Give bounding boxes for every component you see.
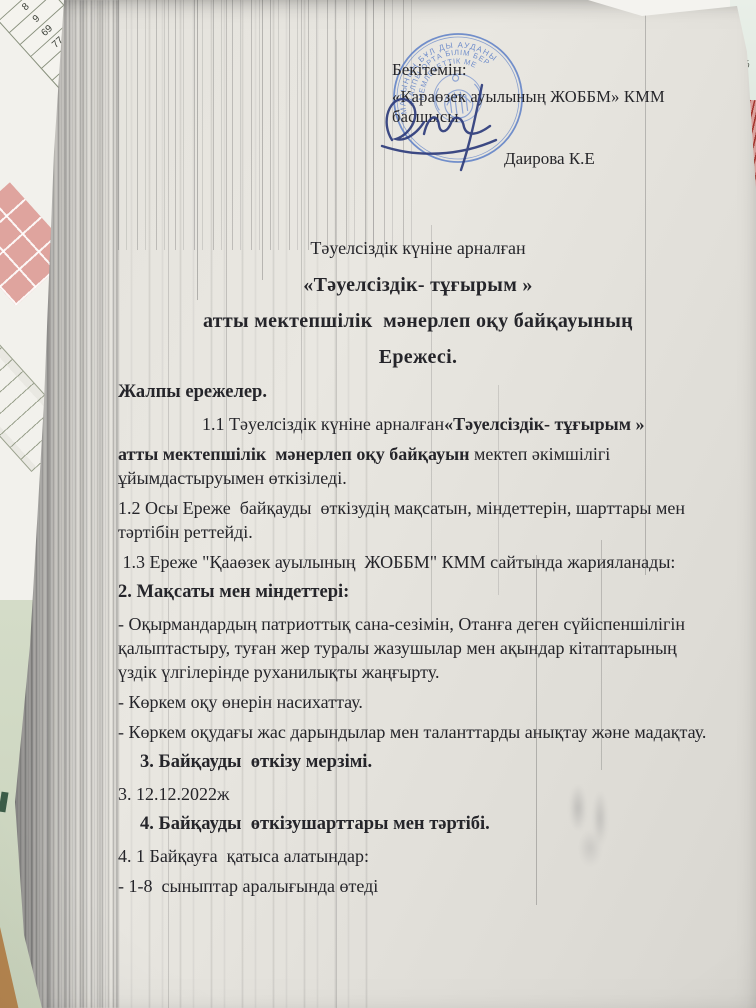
text-segment: Тәуелсіздік күніне арналған (310, 238, 525, 258)
approval-label: Бекітемін: (392, 60, 722, 80)
text-segment: - Көркем оқу өнерін насихаттау. (118, 692, 363, 712)
text-segment: 1.1 Тәуелсіздік күніне арналған (202, 414, 444, 434)
text-segment: «Тәуелсіздік- тұғырым » (444, 414, 644, 434)
paragraph: - Көркем оқудағы жас дарындылар мен тала… (118, 720, 718, 744)
signer-name: Даирова К.Е (504, 149, 722, 169)
paragraph: - 1-8 сыныптар аралығында өтеді (118, 874, 718, 898)
paragraph: Ережесі. (118, 344, 718, 370)
text-segment: атты мектепшілік мәнерлеп оқу байқауын (118, 444, 470, 464)
text-segment: 1.2 Осы Ереже байқауды өткізудің мақсаты… (118, 498, 690, 542)
text-segment: 3. 12.12.2022ж (118, 784, 229, 804)
text-segment: - 1-8 сыныптар аралығында өтеді (118, 876, 378, 896)
text-segment: . (262, 382, 267, 402)
paragraph: Жалпы ережелер. (118, 380, 718, 404)
paragraph: Тәуелсіздік күніне арналған (118, 236, 718, 260)
text-segment: - Көркем оқудағы жас дарындылар мен тала… (118, 722, 706, 742)
paragraph: «Тәуелсіздік- тұғырым » (118, 272, 718, 298)
text-segment: «Тәуелсіздік- тұғырым » (303, 274, 532, 296)
paragraph: 1.3 Ереже "Қааөзек ауылының ЖОББМ" КММ с… (118, 550, 718, 574)
paragraph: атты мектепшілік мәнерлеп оқу байқауын м… (118, 442, 718, 490)
paragraph: - Оқырмандардың патриоттық сана-сезімін,… (118, 612, 718, 684)
paragraph: 1.1 Тәуелсіздік күніне арналған«Тәуелсіз… (118, 412, 718, 436)
paragraph: 3. 12.12.2022ж (118, 782, 718, 806)
text-segment: - Оқырмандардың патриоттық сана-сезімін,… (118, 614, 690, 682)
text-segment: атты мектепшілік мәнерлеп оқу байқауының (203, 310, 633, 332)
text-segment: 2. Мақсаты мен міндеттері: (118, 582, 349, 602)
photo-of-document: { "approval": { "label": "Бекітемін:", "… (0, 0, 756, 1008)
text-segment: 1.3 Ереже "Қааөзек ауылының ЖОББМ" КММ с… (118, 552, 675, 572)
paragraph: 1.2 Осы Ереже байқауды өткізудің мақсаты… (118, 496, 718, 544)
text-segment: 4. Байқауды өткізушарттары мен тәртібі. (140, 814, 490, 834)
signature (376, 82, 536, 174)
paragraph: 4. Байқауды өткізушарттары мен тәртібі. (118, 812, 718, 836)
paragraph: атты мектепшілік мәнерлеп оқу байқауының (118, 308, 718, 334)
text-segment: Жалпы ережелер (118, 382, 262, 402)
document-text: Тәуелсіздік күніне арналған«Тәуелсіздік-… (118, 236, 718, 904)
paragraph: 4. 1 Байқауға қатыса алатындар: (118, 844, 718, 868)
paragraph: 3. Байқауды өткізу мерзімі. (118, 750, 718, 774)
text-segment: Ережесі. (379, 346, 458, 368)
paragraph: 2. Мақсаты мен міндеттері: (118, 580, 718, 604)
paragraph: - Көркем оқу өнерін насихаттау. (118, 690, 718, 714)
document-page: МАСЫНЫҢ БҰЛ ДЫ АУДАНЫ ЖАЛПЫ ОРТА БІЛІМ Б… (0, 0, 756, 1008)
text-segment: 4. 1 Байқауға қатыса алатындар: (118, 846, 369, 866)
text-segment: 3. Байқауды өткізу мерзімі. (140, 752, 372, 772)
